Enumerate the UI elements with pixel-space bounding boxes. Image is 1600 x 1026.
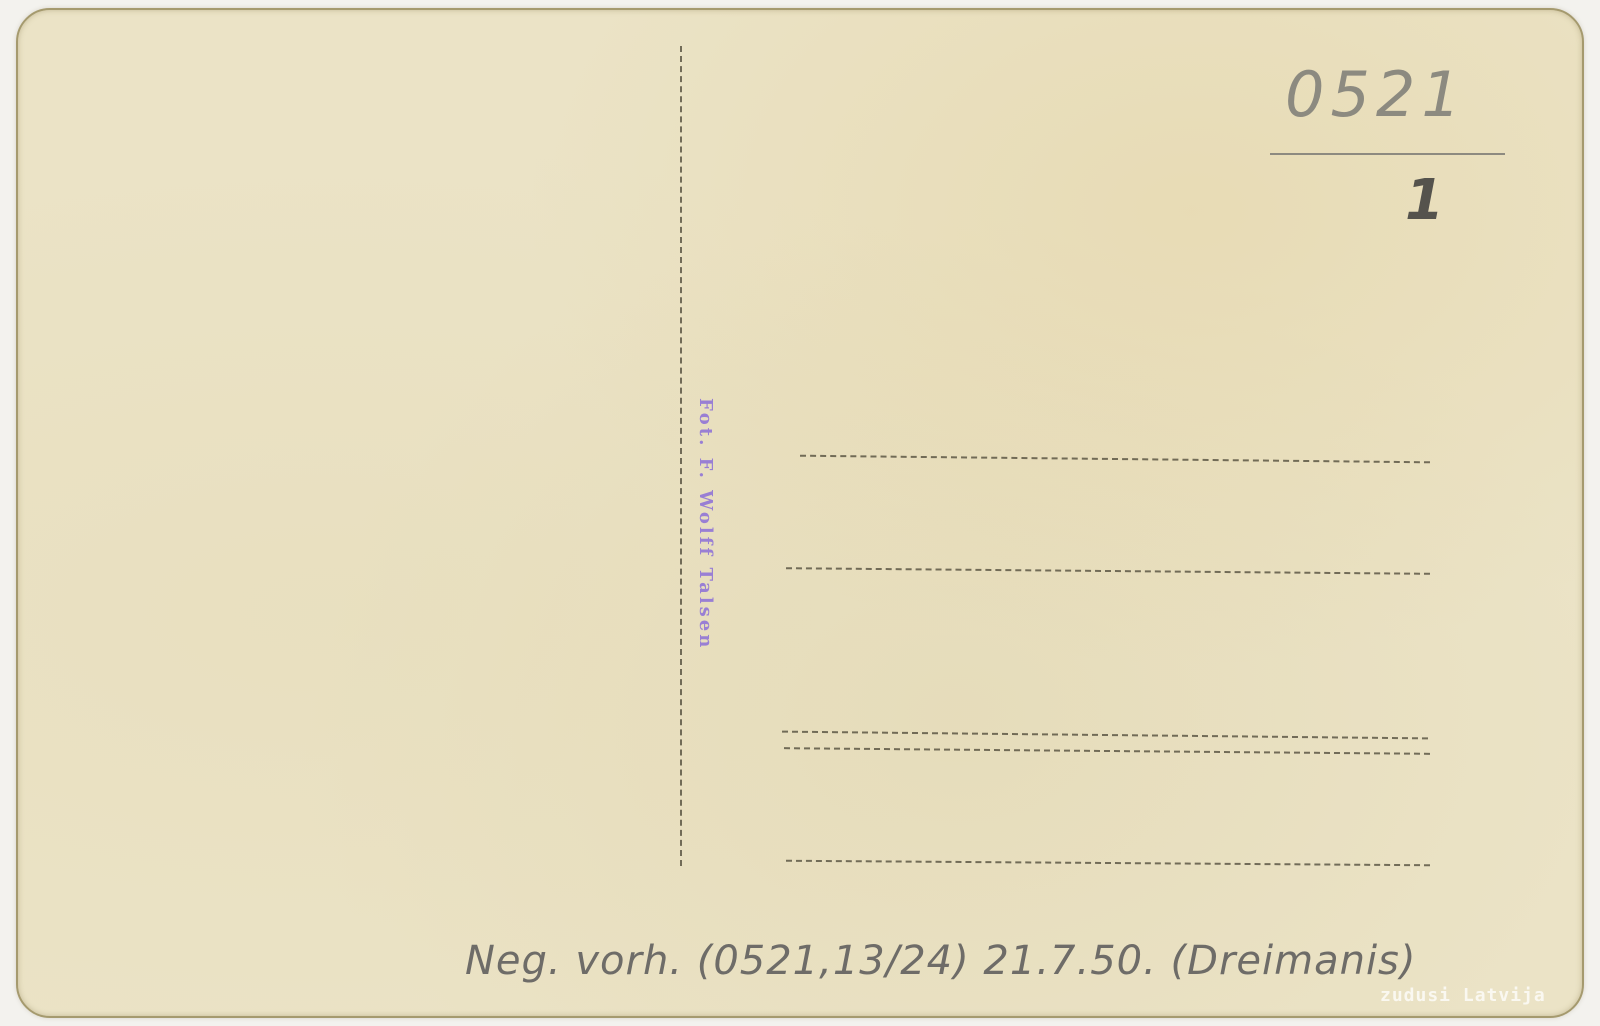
center-divider-line [680,46,682,866]
photographer-stamp: Fot. F. Wolff Talsen [695,398,716,650]
archive-number-rule [1270,153,1505,155]
watermark: zudusi Latvija [1380,985,1546,1006]
archive-number: 0521 [1285,58,1467,131]
negative-note: Neg. vorh. (0521,13/24) 21.7.50. (Dreima… [465,938,1417,984]
postcard-back [16,8,1584,1018]
archive-subnumber: 1 [1405,168,1444,233]
